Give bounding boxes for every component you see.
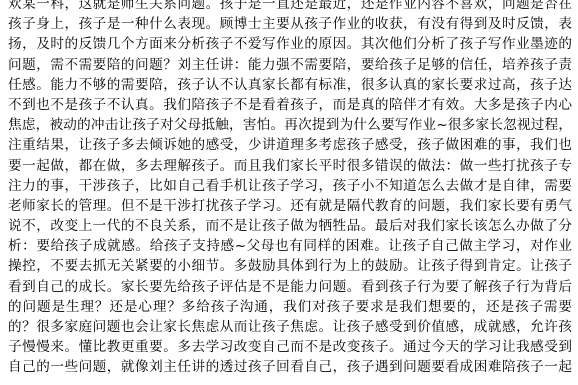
text-line: 说不，改变上一代的不良关系，而不是让孩子做为牺牲品。最后对我们家长该怎么办做了分	[8, 216, 572, 236]
text-line: 的问题是生理？还是心理？多给孩子沟通，我们对孩子要求是我们想要的，还是孩子需要	[8, 297, 572, 317]
text-line: 欢某一科，这就是师生关系问题。孩子是一直还是最近，还是作业内容不喜欢，问题是否在	[8, 0, 572, 14]
text-line: 注重结果，让孩子多去倾诉她的感受，少讲道理多考虑孩子感受，孩子做困难的事，我们也	[8, 135, 572, 155]
text-line: 子慢慢来。懂比教更重要。多去学习改变自己而不是改变孩子。通过今天的学习让我感受到	[8, 337, 572, 357]
text-line: 析：要给孩子成就感。给孩子支持感~父母也有同样的困难。让孩子自己做主学习，对作业	[8, 236, 572, 256]
text-line: 不到也不是孩子不认真。我们陪孩子不是看着孩子，而是真的陪伴才有效。大多是孩子内心	[8, 95, 572, 115]
text-line: 操控，不要去抓无关紧要的小细节。多鼓励具体到行为上的鼓励。让孩子得到肯定。让孩子	[8, 256, 572, 276]
text-line: 的？很多家庭问题也会让家长焦虑从而让孩子焦虑。让孩子感受到价值感，成就感，允许孩	[8, 317, 572, 337]
text-line: 自己的一些问题，就像刘主任讲的透过孩子回看自己，孩子遇到问题要看成困难陪孩子一起	[8, 357, 572, 377]
text-line: 注力的事，干涉孩子，比如自己看手机让孩子学习，孩子小不知道怎么去做才是自律，需要	[8, 176, 572, 196]
text-line: 焦虑，被动的冲击让孩子对父母抵触，害怕。再次提到为什么要写作业~很多家长忽视过程…	[8, 115, 572, 135]
text-line: 看到自己的成长。家长要先给孩子评估是不是能力问题。看到孩子行为要了解孩子行为背后	[8, 277, 572, 297]
text-line: 要一起做，都在做，多去理解孩子。而且我们家长平时很多错误的做法：做一些打扰孩子专	[8, 156, 572, 176]
article-text-block: 欢某一科，这就是师生关系问题。孩子是一直还是最近，还是作业内容不喜欢，问题是否在…	[8, 0, 572, 378]
text-line: 老师家长的管理。但不是干涉打扰孩子学习。还有就是隔代教育的问题，我们家长要有勇气	[8, 196, 572, 216]
text-line: 任感。能力不够的需要陪，孩子认不认真家长都有标准，很多认真的家长要求过高，孩子达	[8, 75, 572, 95]
text-line: 扬，及时的反馈几个方面来分析孩子不爱写作业的原因。其次他们分析了孩子写作业墨迹的	[8, 34, 572, 54]
text-line: 孩子身上，孩子是一种什么表现。顾博士主要从孩子作业的收获，有没有得到及时反馈，表	[8, 14, 572, 34]
text-line: 问题，需不需要陪的问题？刘主任讲：能力强不需要陪，要给孩子足够的信任，培养孩子责	[8, 55, 572, 75]
